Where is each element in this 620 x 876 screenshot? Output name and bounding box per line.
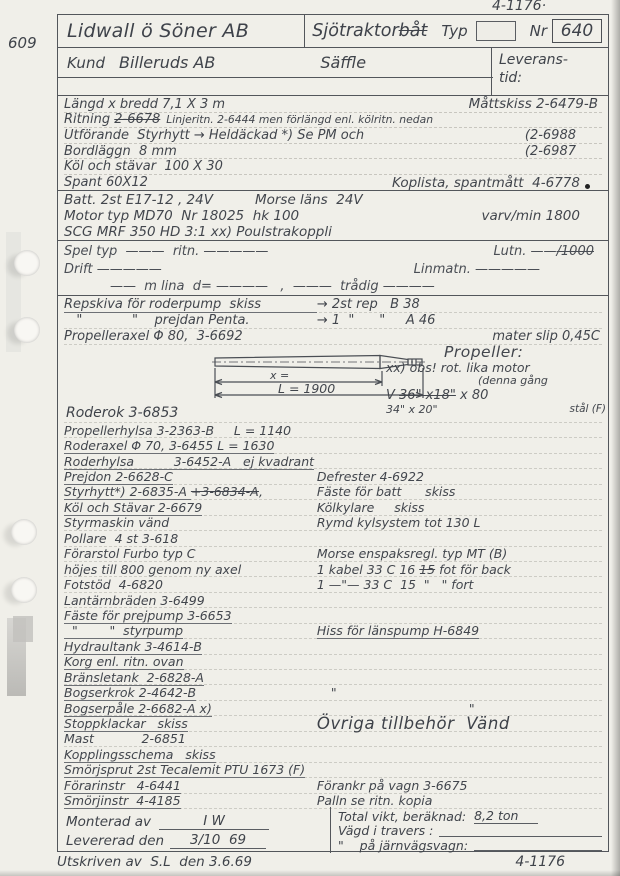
drift-line: Drift —————Linmatn. ————— [64,261,602,279]
item-row: Förarinstr 4-6441 Förankr på vagn 3-6675 [64,778,602,793]
punch-hole [14,317,40,343]
punch-hole [14,250,40,276]
kund-label: Kund [67,54,105,72]
nr-label: Nr [530,22,547,40]
item-row: Propellerhylsa 3-2363-B L = 1140 [64,423,602,438]
punch-hole [11,519,37,545]
footer-row: Utskriven av S.L den 3.6.69 4-1176 [57,854,609,870]
repskiva-line-2: " " prejdan Penta. → 1 " " A 46 [64,313,602,329]
company-name: Lidwall ö Söner AB [58,15,305,47]
header-row: Lidwall ö Söner AB Sjötraktorbåt Typ Nr … [58,15,608,48]
equipment-section: Repskiva för roderpump skiss → 2st rep B… [58,296,608,807]
levererad-blank: 3/10 69 [170,832,266,849]
tape-mark [13,616,33,642]
kund-name: Billeruds AB [119,53,215,72]
scanned-spec-sheet: 609 4-1176· Lidwall ö Söner AB Sjötrakto… [0,0,620,876]
item-row: Smörjsprut 2st Tecalemit PTU 1673 (F) [64,763,602,778]
item-row: Pollare 4 st 3-618 [64,531,602,546]
item-row: Kopplingsschema skiss [64,747,602,762]
customer-line: Kund Billeruds AB Säffle [58,48,493,78]
gear-line: SCG MRF 350 HD 3:1 xx) Poulstrakoppli [64,224,602,240]
item-row: Styrmaskin vänd Rymd kylsystem tot 130 L [64,516,602,531]
spec-line-utforande: Utförande Styrhytt → Heldäckad *) Se PM … [64,128,602,144]
item-row: " " styrpump Hiss för länspump H-6849 [64,624,602,639]
margin-page-number: 609 [8,34,37,52]
equipment-list: Propellerhylsa 3-2363-B L = 1140 Roderax… [64,423,602,809]
item-row: Roderaxel Φ 70, 3-6455 L = 1630 [64,438,602,453]
item-row: Roderhylsa 3-6452-A ej kvadrant [64,454,602,469]
shaft-diagram-block: x = L = 1900 Propeller: xx) obs! rot. li… [64,345,602,423]
item-row: Mast 2-6851 [64,732,602,747]
punch-hole [11,577,37,603]
motor-line: Motor typ MD70 Nr 18025 hk 100varv/min 1… [64,208,602,224]
footer-issued: Utskriven av S.L den 3.6.69 [57,854,252,870]
nr-value-box: 640 [552,19,602,43]
item-row: Köl och Stävar 2-6679 Kölkylare skiss [64,500,602,515]
weight-value: 8,2 ton [474,808,538,824]
corner-code: 4-1176· [492,0,546,14]
product-cell: Sjötraktorbåt Typ Nr 640 [305,15,608,47]
typ-value-box [476,21,516,41]
travers-blank [439,825,602,837]
spec-line-bordlagg: Bordläggn 8 mm (2-6987 [64,144,602,160]
item-row: Lantärnbräden 3-6499 [64,593,602,608]
weight-cell: Total vikt, beräknad: 8,2 ton Vägd i tra… [331,807,608,853]
hull-specs-section: Längd x bredd 7,1 X 3 m Måttskiss 2-6479… [58,96,608,191]
item-row: Stoppklackar skiss Övriga tillbehör Vänd [64,716,602,731]
customer-row: Kund Billeruds AB Säffle Leverans- tid: [58,48,608,96]
spec-form: Lidwall ö Söner AB Sjötraktorbåt Typ Nr … [57,14,609,852]
vagn-blank [474,839,602,851]
propeller-title: Propeller: [386,343,608,361]
spec-line-langd: Längd x bredd 7,1 X 3 m Måttskiss 2-6479… [64,97,602,113]
svg-text:L = 1900: L = 1900 [278,381,335,396]
typ-label: Typ [441,22,467,40]
monterad-blank: I W [159,813,269,830]
kund-city: Säffle [320,53,366,72]
assembly-left-cell: Monterad av I W Levererad den 3/10 69 [58,807,331,853]
item-row: Styrhytt*) 2-6835-A +3-6834-A, Fäste för… [64,485,602,500]
battery-line: Batt. 2st E17-12 , 24VMorse läns 24V [64,192,602,208]
footer-code: 4-1176 [515,854,565,870]
mattskiss-ref: Måttskiss 2-6479-B [469,96,598,112]
item-row: Bränsletank 2-6828-A [64,670,602,685]
winch-section: Spel typ ——— ritn. ————— Lutn. ——/1000 D… [58,241,608,296]
item-row: Bogserkrok 2-4642-B " [64,685,602,700]
delivery-time-cell: Leverans- tid: [491,48,608,96]
item-row: höjes till 800 genom ny axel 1 kabel 33 … [64,562,602,577]
spec-line-spant: Spant 60X12 Koplista, spantmått 4-6778 [64,175,602,191]
repskiva-line-1: Repskiva för roderpump skiss → 2st rep B… [64,297,602,313]
roderok-line: Roderok 3-6853 [66,405,178,421]
item-row: Förarstol Furbo typ C Morse enspaksregl.… [64,547,602,562]
item-row: Fäste för prejpump 3-6653 [64,608,602,623]
item-row: Fotstöd 4-6820 1 —"— 33 C 15 " " fort [64,577,602,592]
item-row: Hydraultank 3-4614-B [64,639,602,654]
spec-line-kol: Köl och stävar 100 X 30 [64,159,602,175]
product-name: Sjötraktorbåt [312,21,427,41]
spel-line: Spel typ ——— ritn. ————— Lutn. ——/1000 [64,243,602,261]
spec-line-ritning: Ritning 2-6678 Linjeritn. 2-6444 men för… [64,113,602,129]
assembly-row: Monterad av I W Levererad den 3/10 69 To… [58,807,608,853]
item-row: Prejdon 2-6628-C Defrester 4-6922 [64,469,602,484]
lina-line: —— m lina d= ———— , ——— trådig ———— [64,278,602,296]
item-row: Korg enl. ritn. ovan [64,655,602,670]
engine-section: Batt. 2st E17-12 , 24VMorse läns 24V Mot… [58,191,608,241]
propeller-notes: Propeller: xx) obs! rot. lika motor (den… [386,343,608,415]
